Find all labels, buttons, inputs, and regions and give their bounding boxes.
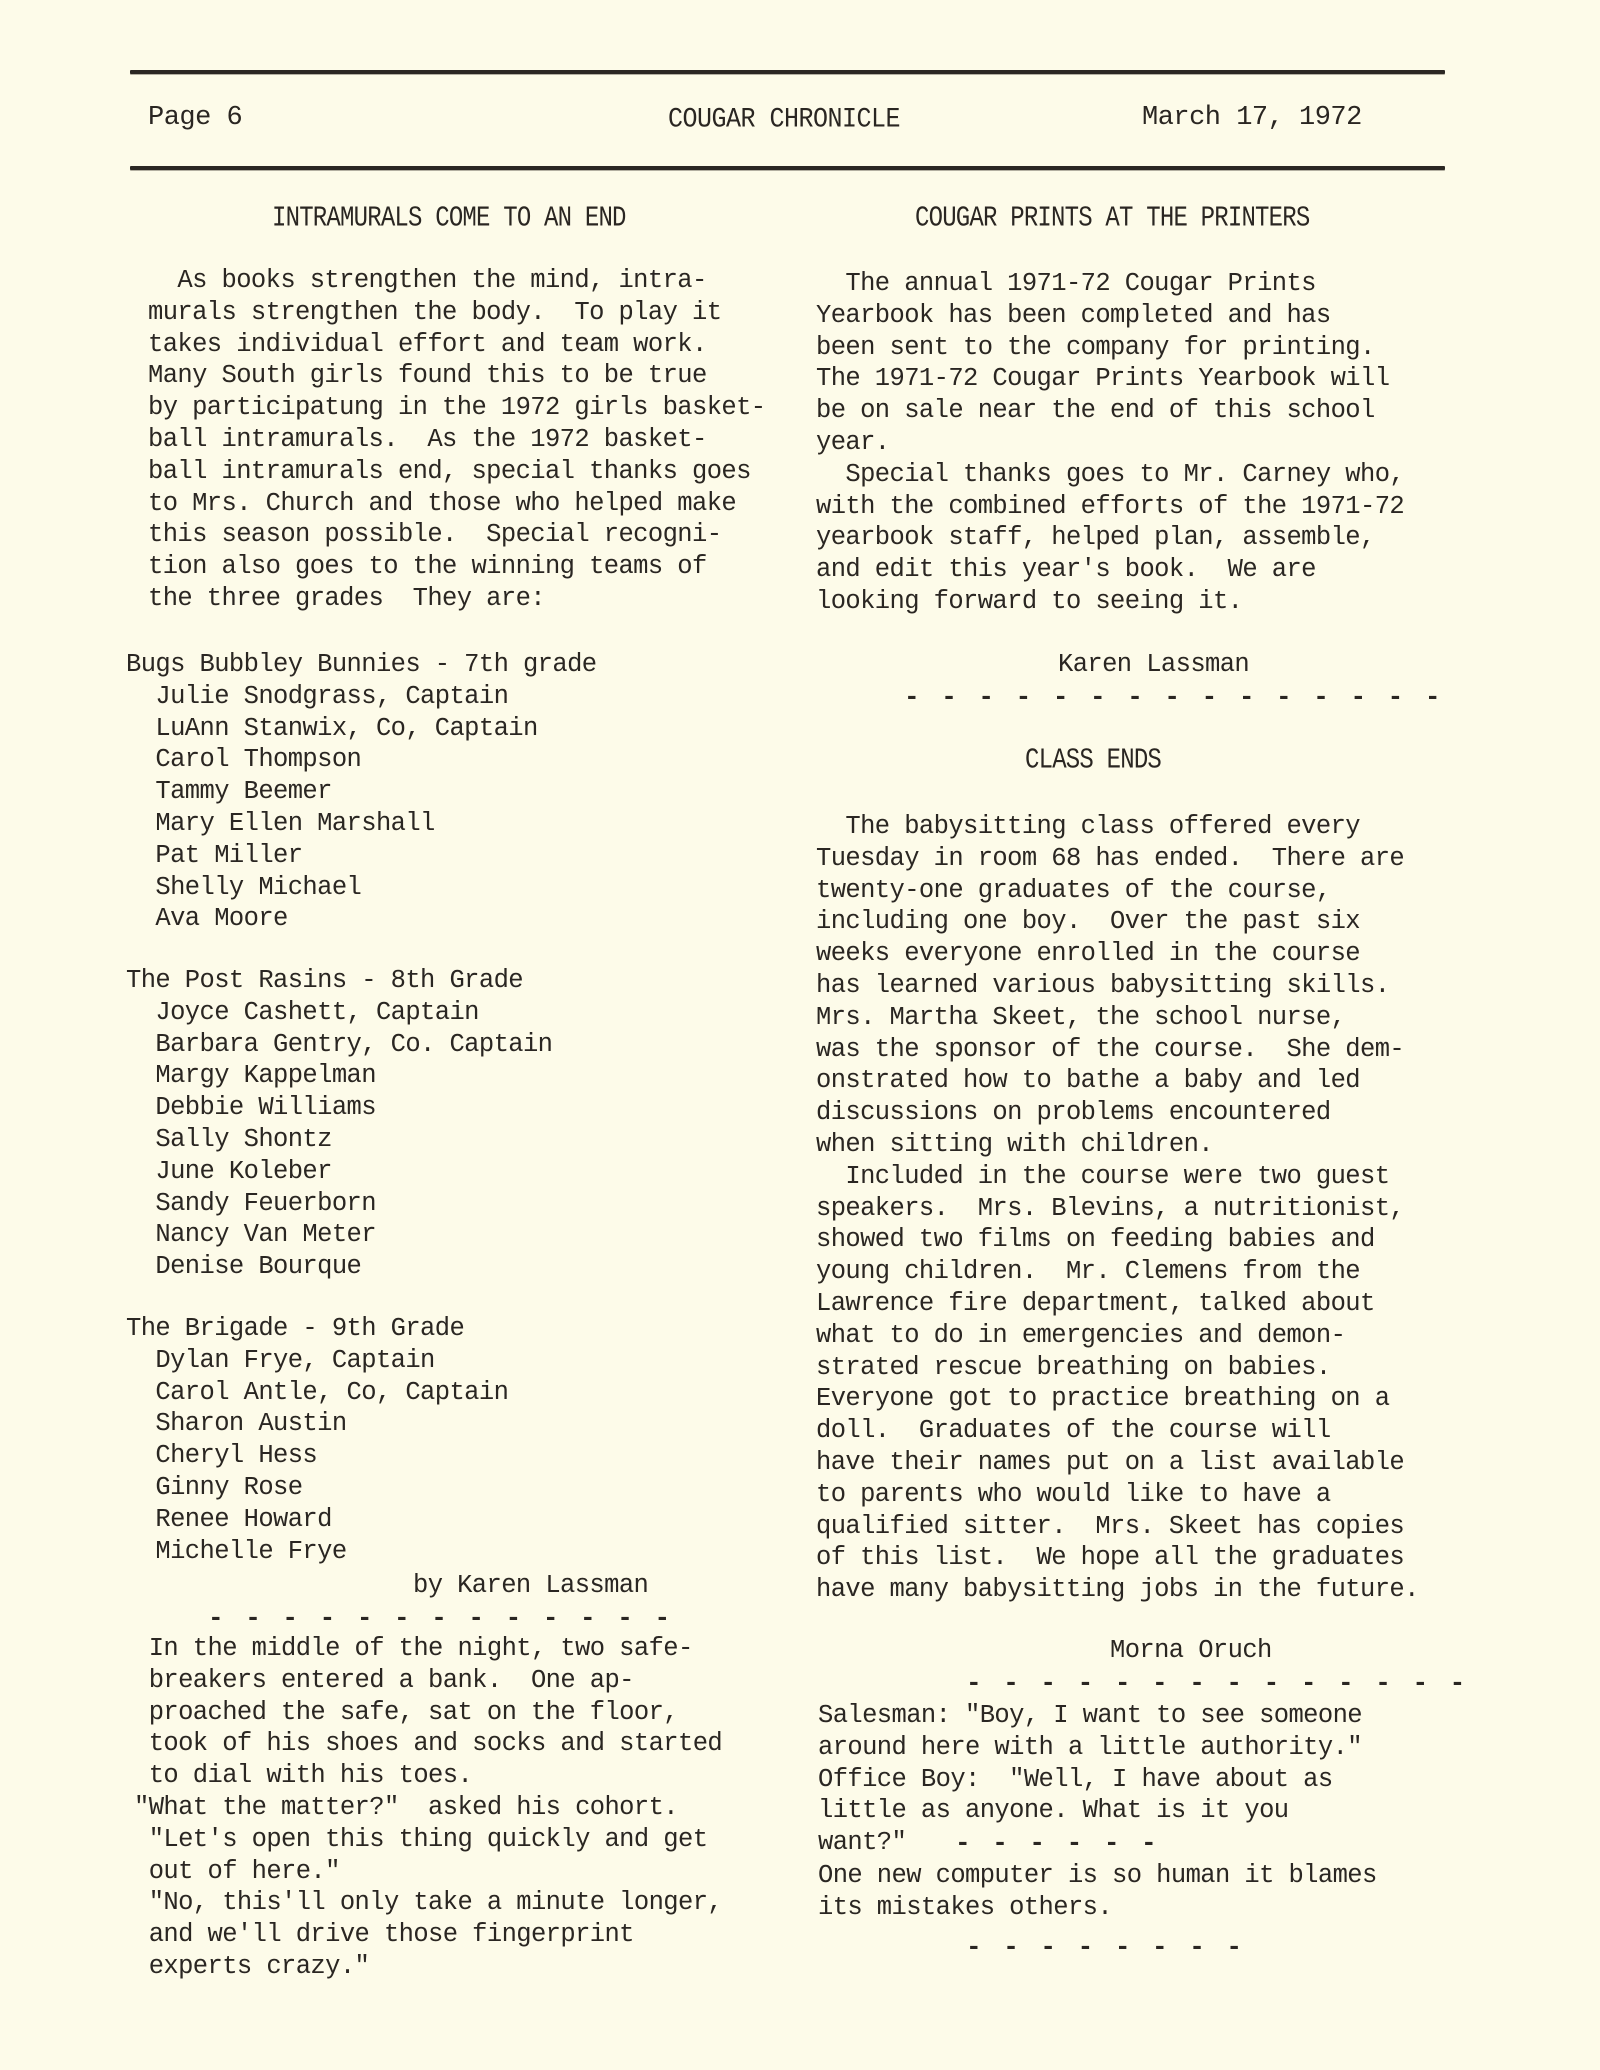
text-line: "No, this'll only take a minute longer, <box>134 1887 722 1919</box>
text-line: when sitting with children. <box>816 1129 1419 1161</box>
team-member: June Koleber <box>126 1156 552 1188</box>
team-member: Julie Snodgrass, Captain <box>126 681 596 713</box>
text-line: yearbook staff, helped plan, assemble, <box>816 522 1404 554</box>
team-member: Sandy Feuerborn <box>126 1188 552 1220</box>
team-member: Pat Miller <box>126 840 596 872</box>
text-line: strated rescue breathing on babies. <box>816 1352 1419 1384</box>
team-name: The Post Rasins - 8th Grade <box>126 965 552 997</box>
team-member: Cheryl Hess <box>126 1440 508 1472</box>
team-8th-grade: The Post Rasins - 8th Grade Joyce Cashet… <box>126 965 552 1283</box>
text-line: around here with a little authority." <box>818 1732 1362 1764</box>
team-member: Barbara Gentry, Co. Captain <box>126 1029 552 1061</box>
text-line: year. <box>816 427 1404 459</box>
text-line: took of his shoes and socks and started <box>134 1728 722 1760</box>
text-line: weeks everyone enrolled in the course <box>816 938 1419 970</box>
text-line: was the sponsor of the course. She dem- <box>816 1034 1419 1066</box>
text-line: looking forward to seeing it. <box>816 586 1404 618</box>
text-line: out of here." <box>134 1856 722 1888</box>
text-line: with the combined efforts of the 1971-72 <box>816 491 1404 523</box>
text-line: to Mrs. Church and those who helped make <box>148 488 766 520</box>
text-line: Yearbook has been completed and has <box>816 300 1404 332</box>
text-line: twenty-one graduates of the course, <box>816 875 1419 907</box>
text-line: by participatung in the 1972 girls baske… <box>148 392 766 424</box>
text-line: Lawrence fire department, talked about <box>816 1288 1419 1320</box>
team-name: Bugs Bubbley Bunnies - 7th grade <box>126 649 596 681</box>
team-member: Shelly Michael <box>126 872 596 904</box>
team-name: The Brigade - 9th Grade <box>126 1313 508 1345</box>
text-line: ball intramurals. As the 1972 basket- <box>148 424 766 456</box>
text-line: takes individual effort and team work. <box>148 329 766 361</box>
text-line: Included in the course were two guest <box>816 1161 1419 1193</box>
intramurals-body: As books strengthen the mind, intra-mura… <box>148 265 766 615</box>
text-line: been sent to the company for printing. <box>816 332 1404 364</box>
team-7th-grade: Bugs Bubbley Bunnies - 7th grade Julie S… <box>126 649 596 935</box>
text-line: breakers entered a bank. One ap- <box>134 1665 722 1697</box>
text-line: including one boy. Over the past six <box>816 906 1419 938</box>
publication-name: COUGAR CHRONICLE <box>668 103 900 135</box>
text-line: experts crazy." <box>134 1951 722 1983</box>
text-line: Special thanks goes to Mr. Carney who, <box>816 459 1404 491</box>
class-ends-byline: Morna Oruch <box>1110 1636 1272 1665</box>
text-line: One new computer is so human it blames <box>818 1860 1377 1892</box>
team-member: Ginny Rose <box>126 1472 508 1504</box>
text-line: The 1971-72 Cougar Prints Yearbook will <box>816 363 1404 395</box>
team-member: Michelle Frye <box>126 1536 508 1568</box>
text-line: have many babysitting jobs in the future… <box>816 1574 1419 1606</box>
text-line: little as anyone. What is it you <box>818 1795 1362 1827</box>
text-line: qualified sitter. Mrs. Skeet has copies <box>816 1511 1419 1543</box>
intramurals-byline: by Karen Lassman <box>413 1571 648 1600</box>
text-line: As books strengthen the mind, intra- <box>148 265 766 297</box>
text-line: tion also goes to the winning teams of <box>148 551 766 583</box>
text-line: and we'll drive those fingerprint <box>134 1919 722 1951</box>
text-line: In the middle of the night, two safe- <box>134 1633 722 1665</box>
team-9th-grade: The Brigade - 9th Grade Dylan Frye, Capt… <box>126 1313 508 1567</box>
text-line: Many South girls found this to be true <box>148 360 766 392</box>
team-member: Joyce Cashett, Captain <box>126 997 552 1029</box>
computer-joke: One new computer is so human it blamesit… <box>818 1860 1377 1924</box>
team-member: Carol Thompson <box>126 744 596 776</box>
class-ends-headline: CLASS ENDS <box>1025 745 1161 777</box>
text-line: and edit this year's book. We are <box>816 554 1404 586</box>
text-line: The babysitting class offered every <box>816 811 1419 843</box>
team-member: Tammy Beemer <box>126 776 596 808</box>
team-member: LuAnn Stanwix, Co, Captain <box>126 713 596 745</box>
team-member: Debbie Williams <box>126 1092 552 1124</box>
text-line: "What the matter?" asked his cohort. <box>134 1792 722 1824</box>
text-line: speakers. Mrs. Blevins, a nutritionist, <box>816 1193 1419 1225</box>
text-line: proached the safe, sat on the floor, <box>134 1697 722 1729</box>
prints-byline: Karen Lassman <box>1058 650 1249 679</box>
team-member: Carol Antle, Co, Captain <box>126 1377 508 1409</box>
text-line: The annual 1971-72 Cougar Prints <box>816 268 1404 300</box>
page-number: Page 6 <box>148 103 242 133</box>
text-line: young children. Mr. Clemens from the <box>816 1256 1419 1288</box>
text-line: Office Boy: "Well, I have about as <box>818 1764 1362 1796</box>
text-line: to parents who would like to have a <box>816 1479 1419 1511</box>
text-line: of this list. We hope all the graduates <box>816 1542 1419 1574</box>
text-line: doll. Graduates of the course will <box>816 1415 1419 1447</box>
text-line: Everyone got to practice breathing on a <box>816 1383 1419 1415</box>
team-member: Dylan Frye, Captain <box>126 1345 508 1377</box>
text-line: Salesman: "Boy, I want to see someone <box>818 1700 1362 1732</box>
prints-body: The annual 1971-72 Cougar PrintsYearbook… <box>816 268 1404 618</box>
intramurals-headline: INTRAMURALS COME TO AN END <box>272 203 626 235</box>
class-ends-body: The babysitting class offered everyTuesd… <box>816 811 1419 1606</box>
team-member: Denise Bourque <box>126 1251 552 1283</box>
humor-inline-divider: - - - - - - <box>955 1828 1160 1858</box>
text-line: discussions on problems encountered <box>816 1097 1419 1129</box>
bottom-rule <box>130 166 1445 170</box>
text-line: showed two films on feeding babies and <box>816 1224 1419 1256</box>
text-line: murals strengthen the body. To play it <box>148 297 766 329</box>
top-rule <box>130 70 1445 74</box>
text-line: Mrs. Martha Skeet, the school nurse, <box>816 1002 1419 1034</box>
text-line: to dial with his toes. <box>134 1760 722 1792</box>
text-line: the three grades They are: <box>148 583 766 615</box>
text-line: has learned various babysitting skills. <box>816 970 1419 1002</box>
issue-date: March 17, 1972 <box>1142 103 1362 133</box>
team-member: Renee Howard <box>126 1504 508 1536</box>
prints-headline: COUGAR PRINTS AT THE PRINTERS <box>915 203 1309 235</box>
text-line: onstrated how to bathe a baby and led <box>816 1065 1419 1097</box>
text-line: be on sale near the end of this school <box>816 395 1404 427</box>
team-member: Sharon Austin <box>126 1408 508 1440</box>
safebreaker-joke: In the middle of the night, two safe- br… <box>134 1633 722 1983</box>
team-member: Margy Kappelman <box>126 1060 552 1092</box>
text-line: have their names put on a list available <box>816 1447 1419 1479</box>
text-line: its mistakes others. <box>818 1892 1377 1924</box>
team-member: Ava Moore <box>126 903 596 935</box>
intramurals-divider: - - - - - - - - - - - - - <box>208 1603 673 1633</box>
humor-end-divider: - - - - - - - - <box>966 1932 1245 1962</box>
text-line: Tuesday in room 68 has ended. There are <box>816 843 1419 875</box>
text-line: this season possible. Special recogni- <box>148 519 766 551</box>
class-ends-divider: - - - - - - - - - - - - - - <box>966 1668 1468 1698</box>
team-member: Mary Ellen Marshall <box>126 808 596 840</box>
team-member: Sally Shontz <box>126 1124 552 1156</box>
text-line: ball intramurals end, special thanks goe… <box>148 456 766 488</box>
text-line: what to do in emergencies and demon- <box>816 1320 1419 1352</box>
prints-divider: - - - - - - - - - - - - - - - <box>904 682 1443 712</box>
team-member: Nancy Van Meter <box>126 1219 552 1251</box>
text-line: "Let's open this thing quickly and get <box>134 1824 722 1856</box>
